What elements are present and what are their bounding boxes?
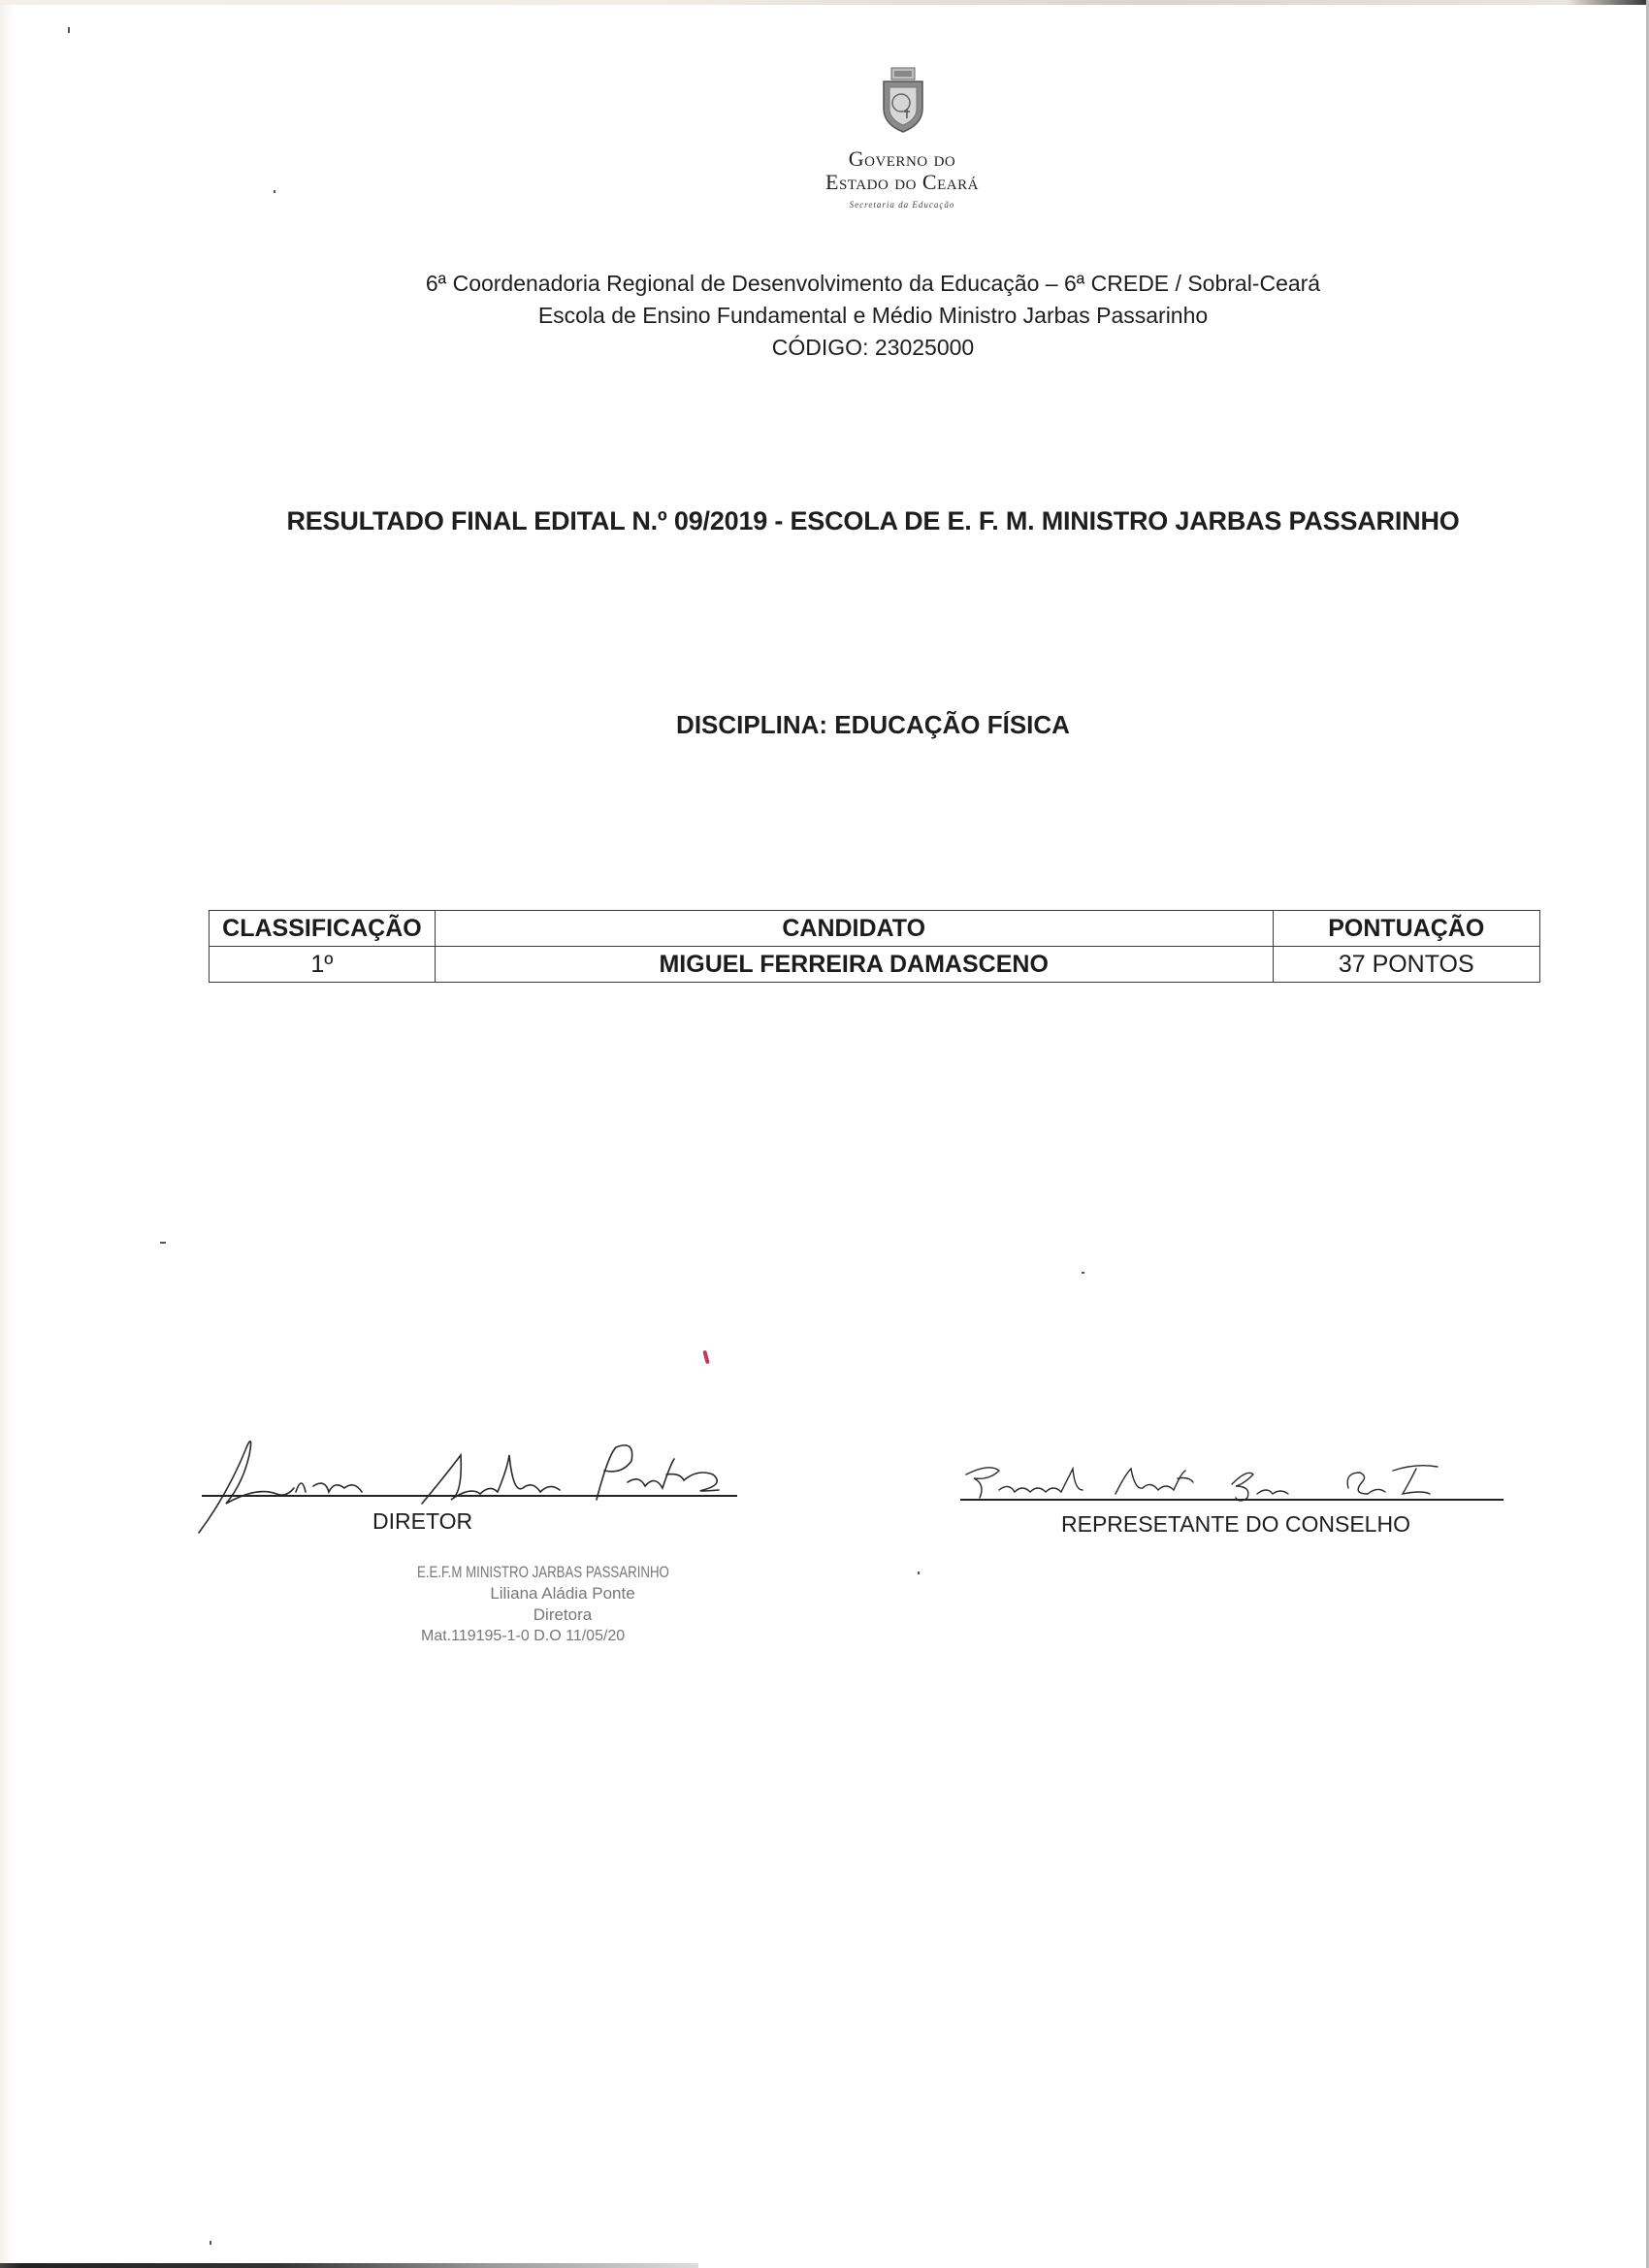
scan-speck — [1082, 1272, 1084, 1274]
ceara-coat-of-arms-icon — [878, 66, 928, 134]
cell-candidato: MIGUEL FERREIRA DAMASCENO — [435, 947, 1273, 983]
cell-pontuacao: 37 PONTOS — [1273, 947, 1539, 983]
stamp-role: Diretora — [417, 1604, 708, 1626]
scan-speck — [210, 2241, 211, 2245]
header-pontuacao: PONTUAÇÃO — [1273, 911, 1539, 947]
signature-line-director — [202, 1495, 737, 1497]
director-label: DIRETOR — [372, 1508, 472, 1535]
cell-classificacao: 1º — [210, 947, 436, 983]
stamp-name: Liliana Aládia Ponte — [417, 1583, 708, 1604]
council-representative-signature — [960, 1455, 1465, 1513]
ink-mark — [702, 1350, 709, 1365]
government-letterhead: Governo do Estado do Ceará Secretaria da… — [776, 147, 1028, 210]
scan-edge-top — [0, 0, 1649, 5]
header-line-code: CÓDIGO: 23025000 — [291, 332, 1455, 364]
stamp-registration: Mat.119195-1-0 D.O 11/05/20 — [417, 1626, 708, 1647]
director-stamp: E.E.F.M MINISTRO JARBAS PASSARINHO Lilia… — [417, 1562, 708, 1647]
gov-line-2: Estado do Ceará — [776, 171, 1028, 194]
council-representative-label: REPRESETANTE DO CONSELHO — [1061, 1511, 1410, 1538]
page-title: RESULTADO FINAL EDITAL N.º 09/2019 - ESC… — [242, 506, 1503, 536]
header-line-crede: 6ª Coordenadoria Regional de Desenvolvim… — [291, 268, 1455, 300]
results-table: CLASSIFICAÇÃO CANDIDATO PONTUAÇÃO 1º MIG… — [209, 910, 1540, 983]
gov-line-1: Governo do — [776, 147, 1028, 171]
discipline-heading: DISCIPLINA: EDUCAÇÃO FÍSICA — [485, 710, 1261, 740]
table-header-row: CLASSIFICAÇÃO CANDIDATO PONTUAÇÃO — [210, 911, 1540, 947]
header-candidato: CANDIDATO — [435, 911, 1273, 947]
stamp-school: E.E.F.M MINISTRO JARBAS PASSARINHO — [417, 1562, 644, 1583]
scan-edge-bottom — [0, 2263, 698, 2268]
scan-speck — [160, 1242, 166, 1244]
scan-speck — [274, 190, 275, 193]
scan-speck — [918, 1571, 920, 1574]
header-line-school: Escola de Ensino Fundamental e Médio Min… — [291, 300, 1455, 332]
institution-header: 6ª Coordenadoria Regional de Desenvolvim… — [291, 268, 1455, 364]
header-classificacao: CLASSIFICAÇÃO — [210, 911, 436, 947]
table-row: 1º MIGUEL FERREIRA DAMASCENO 37 PONTOS — [210, 947, 1540, 983]
signature-line-council — [960, 1499, 1503, 1501]
scan-speck — [68, 27, 70, 33]
gov-subtitle: Secretaria da Educação — [776, 200, 1028, 210]
scan-edge-left — [0, 0, 14, 2268]
